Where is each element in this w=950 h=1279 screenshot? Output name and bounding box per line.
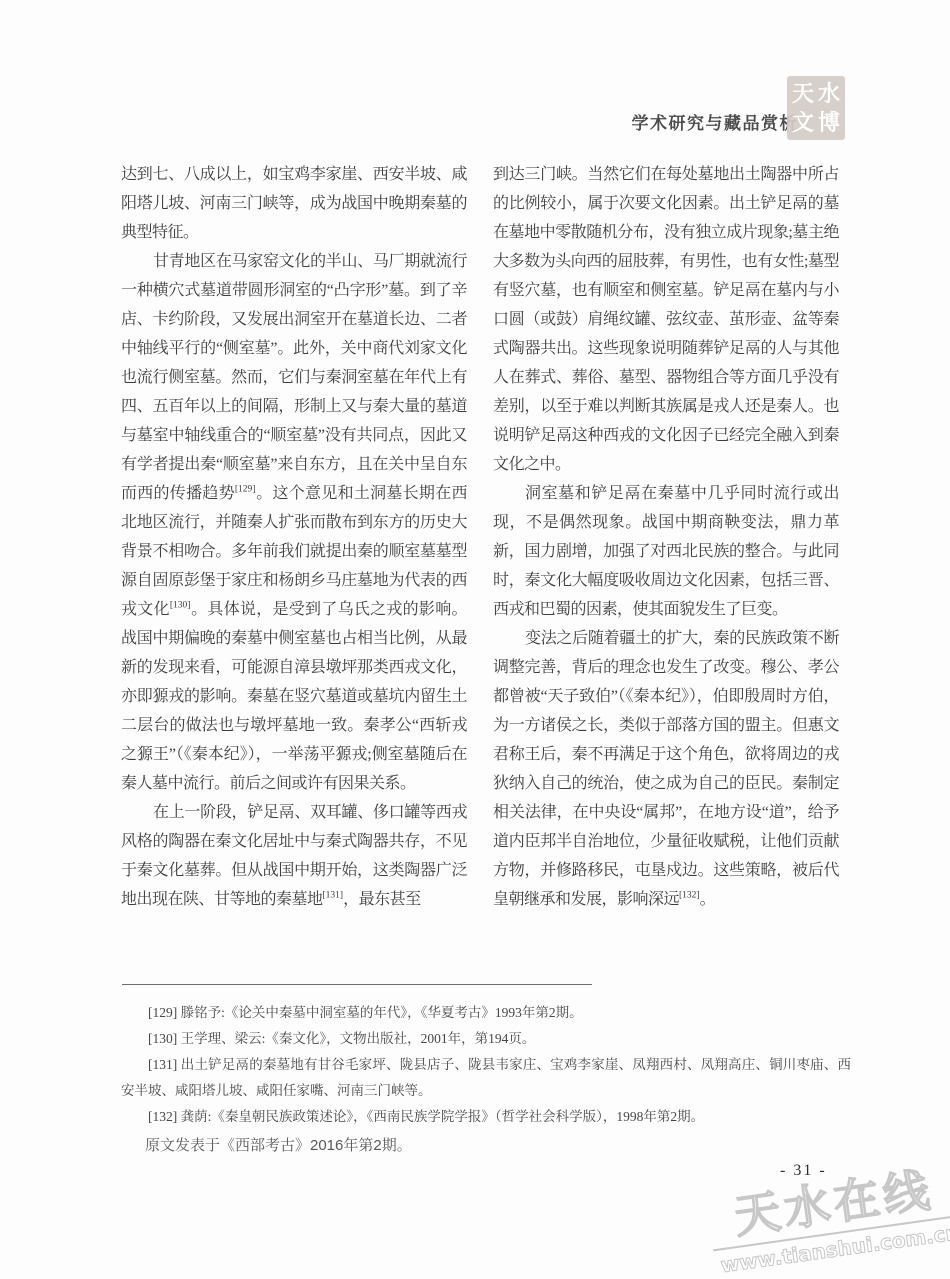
paragraph: 甘青地区在马家窑文化的半山、马厂期就流行一种横穴式墓道带圆形洞室的“凸字形”墓。… — [121, 247, 467, 798]
footnote-ref: [131] — [323, 891, 344, 901]
text-run: [129] 滕铭予:《论关中秦墓中洞室墓的年代》，《华夏考古》1993年第2期。 — [148, 1005, 583, 1020]
paragraph: [132] 龚荫:《秦皇朝民族政策述论》，《西南民族学院学报》（哲学社会科学版）… — [121, 1104, 851, 1130]
seal-char: 天 — [792, 83, 814, 105]
text-run: 达到七、八成以上，如宝鸡李家崖、西安半坡、咸阳塔儿坡、河南三门峡等，成为战国中晚… — [121, 166, 467, 241]
text-run: 甘青地区在马家窑文化的半山、马厂期就流行一种横穴式墓道带圆形洞室的“凸字形”墓。… — [121, 253, 467, 502]
text-run: 洞室墓和铲足鬲在秦墓中几乎同时流行或出现，不是偶然现象。战国中期商鞅变法，鼎力革… — [493, 485, 839, 618]
paragraph: [131] 出土铲足鬲的秦墓地有甘谷毛家坪、陇县店子、陇县韦家庄、宝鸡李家崖、凤… — [121, 1052, 851, 1104]
text-run: [130] 王学理、梁云:《秦文化》，文物出版社，2001年，第194页。 — [148, 1031, 535, 1046]
paragraph: 变法之后随着疆土的扩大，秦的民族政策不断调整完善，背后的理念也发生了改变。穆公、… — [493, 624, 839, 914]
paragraph: 到达三门峡。当然它们在每处墓地出土陶器中所占的比例较小，属于次要文化因素。出土铲… — [493, 160, 839, 479]
seal-char: 文 — [792, 112, 814, 134]
seal-char: 水 — [818, 83, 840, 105]
scanned-journal-page: 学术研究与藏品赏析 天 水 文 博 达到七、八成以上，如宝鸡李家崖、西安半坡、咸… — [0, 0, 950, 1279]
article-right-column: 到达三门峡。当然它们在每处墓地出土陶器中所占的比例较小，属于次要文化因素。出土铲… — [493, 160, 839, 914]
text-run: [131] 出土铲足鬲的秦墓地有甘谷毛家坪、陇县店子、陇县韦家庄、宝鸡李家崖、凤… — [121, 1057, 851, 1098]
text-run: 。具体说，是受到了乌氏之戎的影响。战国中期偏晚的秦墓中侧室墓也占相当比例，从最新… — [121, 601, 467, 792]
footnote-ref: [130] — [170, 601, 191, 611]
footnotes: [129] 滕铭予:《论关中秦墓中洞室墓的年代》，《华夏考古》1993年第2期。… — [121, 1000, 851, 1130]
paragraph: [130] 王学理、梁云:《秦文化》，文物出版社，2001年，第194页。 — [121, 1026, 851, 1052]
article-left-column: 达到七、八成以上，如宝鸡李家崖、西安半坡、咸阳塔儿坡、河南三门峡等，成为战国中晚… — [121, 160, 467, 914]
text-run: [132] 龚荫:《秦皇朝民族政策述论》，《西南民族学院学报》（哲学社会科学版）… — [148, 1109, 704, 1124]
text-run: 变法之后随着疆土的扩大，秦的民族政策不断调整完善，背后的理念也发生了改变。穆公、… — [493, 630, 839, 908]
seal-char: 博 — [818, 112, 840, 134]
footnote-ref: [132] — [679, 891, 700, 901]
text-run: 到达三门峡。当然它们在每处墓地出土陶器中所占的比例较小，属于次要文化因素。出土铲… — [493, 166, 839, 473]
text-run: ，最东甚至 — [343, 891, 421, 908]
text-run: 。 — [700, 891, 716, 908]
watermark: 天水在线 www.tianshui.com.cn — [705, 1161, 950, 1278]
paragraph: 达到七、八成以上，如宝鸡李家崖、西安半坡、咸阳塔儿坡、河南三门峡等，成为战国中晚… — [121, 160, 467, 247]
text-run: 。这个意见和土洞墓长期在西北地区流行，并随秦人扩张而散布到东方的历史大背景不相吻… — [121, 485, 467, 618]
tianshui-wenbo-seal-stamp: 天 水 文 博 — [787, 76, 845, 140]
section-title: 学术研究与藏品赏析 — [632, 109, 799, 134]
source-note: 原文发表于《西部考古》2016年第2期。 — [121, 1134, 765, 1155]
paragraph: [129] 滕铭予:《论关中秦墓中洞室墓的年代》，《华夏考古》1993年第2期。 — [121, 1000, 851, 1026]
footnote-ref: [129] — [235, 485, 256, 495]
article-body: 达到七、八成以上，如宝鸡李家崖、西安半坡、咸阳塔儿坡、河南三门峡等，成为战国中晚… — [121, 160, 839, 914]
paragraph: 在上一阶段，铲足鬲、双耳罐、侈口罐等西戎风格的陶器在秦文化居址中与秦式陶器共存，… — [121, 798, 467, 914]
paragraph: 洞室墓和铲足鬲在秦墓中几乎同时流行或出现，不是偶然现象。战国中期商鞅变法，鼎力革… — [493, 479, 839, 624]
footnote-divider — [122, 984, 592, 985]
